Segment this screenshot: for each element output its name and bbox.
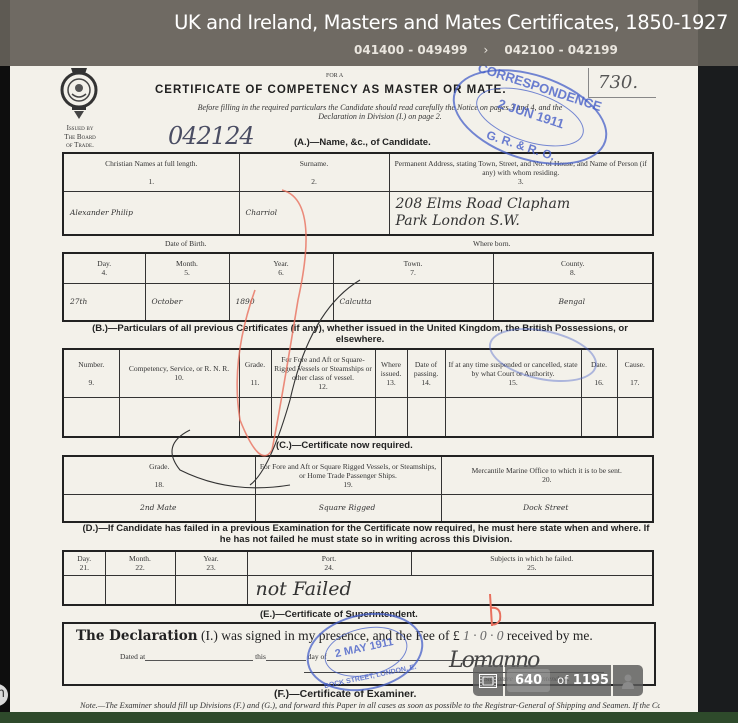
- marine-office-value: Dock Street: [441, 494, 653, 522]
- section-d-heading: (D.)—If Candidate has failed in a previo…: [76, 523, 656, 545]
- prev-cell: [375, 397, 407, 437]
- prev-cause-header: Cause.17.: [617, 349, 653, 397]
- breadcrumb-separator-icon: ›: [484, 43, 489, 57]
- where-born-label: Where born.: [473, 239, 510, 248]
- viewer-right-margin: [698, 0, 738, 723]
- failed-port-header: Port.24.: [247, 551, 411, 575]
- total-pages: 1195: [573, 673, 609, 688]
- examiner-note: Note.—The Examiner should fill up Divisi…: [80, 701, 660, 711]
- not-failed-value: not Failed: [247, 575, 653, 605]
- prev-date-passing-header: Date of passing.14.: [407, 349, 445, 397]
- breadcrumb-item-subrange[interactable]: 042100 - 042199: [504, 43, 618, 57]
- handwritten-certificate-number: 042124: [168, 122, 254, 150]
- prev-cell: [407, 397, 445, 437]
- county-header: County.8.: [493, 253, 653, 283]
- fee-value: 1 · 0 · 0: [463, 628, 504, 643]
- failed-cell: [175, 575, 247, 605]
- birth-day-value: 27th: [63, 283, 145, 321]
- index-person-button[interactable]: [613, 665, 643, 696]
- of-label: of: [557, 673, 568, 687]
- image-pager: 640 of 1195: [473, 665, 643, 696]
- document-viewer[interactable]: Issued by The Board of Trade. FOR A CERT…: [0, 0, 738, 723]
- failed-day-header: Day.21.: [63, 551, 105, 575]
- black-pen-annotation-icon: [150, 270, 370, 500]
- filmstrip-button[interactable]: [473, 665, 503, 696]
- issued-by-label: Issued by The Board of Trade.: [58, 124, 102, 150]
- section-d-table: Day.21. Month.22. Year.23. Port.24. Subj…: [62, 550, 654, 606]
- prev-cell: [445, 397, 581, 437]
- viewer-bottom-strip: [0, 712, 738, 723]
- address-value: 208 Elms Road ClaphamPark London S.W.: [389, 191, 653, 235]
- breadcrumb-item-range[interactable]: 041400 - 049499: [354, 43, 468, 57]
- collection-title: UK and Ireland, Masters and Mates Certif…: [174, 11, 728, 34]
- red-mark-icon: [484, 590, 508, 630]
- failed-subjects-header: Subjects in which he failed.25.: [411, 551, 653, 575]
- prev-cell: [617, 397, 653, 437]
- prev-where-issued-header: Where issued.13.: [375, 349, 407, 397]
- page-counter: 640 of 1195: [505, 665, 611, 696]
- section-a-heading: (A.)—Name, &c., of Candidate.: [294, 137, 431, 148]
- board-of-trade-crest-icon: [58, 64, 100, 122]
- failed-year-header: Year.23.: [175, 551, 247, 575]
- collection-header: UK and Ireland, Masters and Mates Certif…: [0, 0, 738, 66]
- reference-number: 730.: [598, 72, 638, 93]
- day-header: Day.4.: [63, 253, 145, 283]
- prev-cell: [581, 397, 617, 437]
- prev-number-header: Number.9.: [63, 349, 119, 397]
- failed-cell: [63, 575, 105, 605]
- date-of-birth-label: Date of Birth.: [165, 239, 206, 248]
- marine-office-header: Mercantile Marine Office to which it is …: [441, 456, 653, 494]
- prev-cell: [63, 397, 119, 437]
- for-a-label: FOR A: [326, 73, 343, 79]
- birth-county-value: Bengal: [493, 283, 653, 321]
- breadcrumb: 041400 - 049499 › 042100 - 042199: [354, 43, 618, 57]
- person-icon: [621, 673, 635, 689]
- certificate-image[interactable]: Issued by The Board of Trade. FOR A CERT…: [10, 0, 698, 712]
- failed-month-header: Month.22.: [105, 551, 175, 575]
- current-page-input[interactable]: 640: [507, 669, 550, 692]
- filmstrip-icon: [479, 674, 497, 688]
- viewer-left-margin: [0, 0, 10, 723]
- declaration-prefix: The Declaration: [76, 628, 198, 644]
- failed-cell: [105, 575, 175, 605]
